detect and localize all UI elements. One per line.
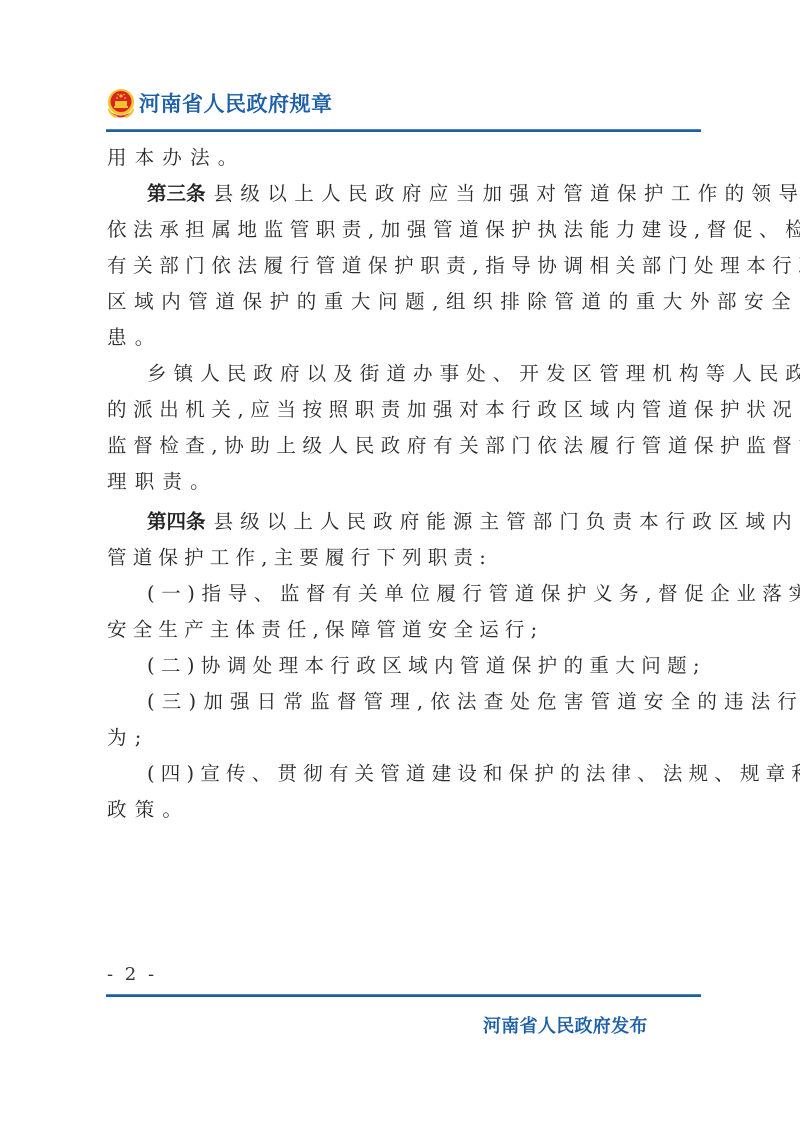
line-text: 政策。 xyxy=(107,798,190,821)
line-text: 县级以上人民政府能源主管部门负责本行政区域内 xyxy=(214,510,799,533)
article-number: 第三条 xyxy=(147,182,206,205)
line-text: 用本办法。 xyxy=(107,146,246,169)
list-item-1: (一)指导、监督有关单位履行管道保护义务,督促企业落实 xyxy=(107,576,703,612)
body-line: 患。 xyxy=(107,320,703,356)
body-line: 的派出机关,应当按照职责加强对本行政区域内管道保护状况的 xyxy=(107,392,703,428)
page-number: - 2 - xyxy=(107,963,157,987)
document-header: 河南省人民政府规章 xyxy=(106,86,333,122)
line-text: 乡镇人民政府以及街道办事处、开发区管理机构等人民政府 xyxy=(147,362,800,385)
body-line: 为; xyxy=(107,720,703,756)
body-line: 管道保护工作,主要履行下列职责: xyxy=(107,540,703,576)
line-text: (一)指导、监督有关单位履行管道保护义务,督促企业落实 xyxy=(147,582,800,605)
line-text: 县级以上人民政府应当加强对管道保护工作的领导, xyxy=(214,182,800,205)
body-line: 区域内管道保护的重大问题,组织排除管道的重大外部安全隐 xyxy=(107,284,703,320)
line-text: 的派出机关,应当按照职责加强对本行政区域内管道保护状况的 xyxy=(107,398,800,421)
body-line: 监督检查,协助上级人民政府有关部门依法履行管道保护监督管 xyxy=(107,428,703,464)
body-line: 依法承担属地监管职责,加强管道保护执法能力建设,督促、检查 xyxy=(107,212,703,248)
article-4-heading-line: 第四条县级以上人民政府能源主管部门负责本行政区域内 xyxy=(107,504,703,540)
body-line: 安全生产主体责任,保障管道安全运行; xyxy=(107,612,703,648)
line-text: (四)宣传、贯彻有关管道建设和保护的法律、法规、规章和 xyxy=(147,762,800,785)
list-item-4: (四)宣传、贯彻有关管道建设和保护的法律、法规、规章和 xyxy=(107,756,703,792)
article-number: 第四条 xyxy=(147,510,206,533)
list-item-3: (三)加强日常监督管理,依法查处危害管道安全的违法行 xyxy=(107,684,703,720)
body-line: 有关部门依法履行管道保护职责,指导协调相关部门处理本行政 xyxy=(107,248,703,284)
footer-divider xyxy=(106,994,701,997)
line-text: 为; xyxy=(107,726,149,749)
header-title: 河南省人民政府规章 xyxy=(139,88,333,120)
body-line: 政策。 xyxy=(107,792,703,828)
line-text: 依法承担属地监管职责,加强管道保护执法能力建设,督促、检查 xyxy=(107,218,800,241)
line-text: 安全生产主体责任,保障管道安全运行; xyxy=(107,618,543,641)
header-divider xyxy=(106,129,701,132)
line-text: 区域内管道保护的重大问题,组织排除管道的重大外部安全隐 xyxy=(107,290,800,313)
line-text: (三)加强日常监督管理,依法查处危害管道安全的违法行 xyxy=(147,690,800,713)
line-text: 理职责。 xyxy=(107,470,218,493)
line-text: 有关部门依法履行管道保护职责,指导协调相关部门处理本行政 xyxy=(107,254,800,277)
body-line: 用本办法。 xyxy=(107,140,703,176)
publisher-label: 河南省人民政府发布 xyxy=(483,1013,648,1041)
line-text: 管道保护工作,主要履行下列职责: xyxy=(107,546,492,569)
article-3-heading-line: 第三条县级以上人民政府应当加强对管道保护工作的领导, xyxy=(107,176,703,212)
body-line: 理职责。 xyxy=(107,464,703,500)
paragraph-start-line: 乡镇人民政府以及街道办事处、开发区管理机构等人民政府 xyxy=(107,356,703,392)
national-emblem-icon xyxy=(106,88,136,120)
line-text: 监督检查,协助上级人民政府有关部门依法履行管道保护监督管 xyxy=(107,434,800,457)
line-text: (二)协调处理本行政区域内管道保护的重大问题; xyxy=(147,654,706,677)
line-text: 患。 xyxy=(107,326,162,349)
list-item-2: (二)协调处理本行政区域内管道保护的重大问题; xyxy=(107,648,703,684)
document-body: 用本办法。 第三条县级以上人民政府应当加强对管道保护工作的领导, 依法承担属地监… xyxy=(107,140,703,828)
